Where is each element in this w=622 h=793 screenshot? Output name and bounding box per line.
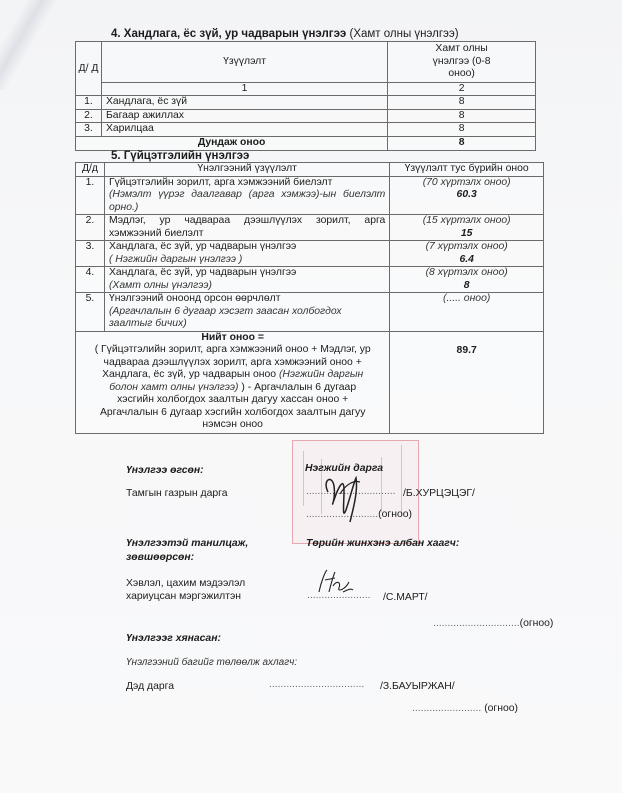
row-criteria: Хандлага, ёс зүй, ур чадварын үнэлгээ ( … bbox=[104, 241, 389, 267]
evaluator-heading: Үнэлгээ өгсөн: bbox=[126, 465, 204, 476]
row-note: (Хамт олны үнэлгээ) bbox=[109, 280, 385, 293]
header-score: Үзүүлэлт тус бүрийн оноо bbox=[390, 163, 544, 177]
row-score: (7 хүртэлх оноо) 6.4 bbox=[390, 241, 544, 267]
row-label: Үнэлгээний оноонд орсон өөрчлөлт bbox=[109, 293, 385, 306]
row-note: (Нэмэлт үүрэг даалгавар (арга хэмжээ)-ын… bbox=[109, 189, 385, 214]
row-note: ( Нэгжийн даргын үнэлгээ ) bbox=[109, 254, 385, 267]
table-row: 3. Харилцаа 8 bbox=[76, 123, 536, 137]
header-dd-label: Д/ Д bbox=[79, 63, 99, 74]
row-max: (70 хүртэлх оноо) bbox=[394, 177, 539, 190]
row-score: (70 хүртэлх оноо) 60.3 bbox=[390, 176, 544, 215]
row-label: Хандлага, ёс зүй, ур чадварын үнэлгээ bbox=[109, 241, 385, 254]
header-criteria: Үнэлгээний үзүүлэлт bbox=[104, 163, 389, 177]
section4-title-note: (Хамт олны үнэлгээ) bbox=[349, 28, 458, 40]
row-number: 3. bbox=[76, 123, 102, 137]
table-row: 1. Гүйцэтгэлийн зорилт, арга хэмжээний б… bbox=[76, 176, 544, 215]
reviewed-heading: Үнэлгээг хянасан: bbox=[126, 633, 221, 644]
row-value: 8 bbox=[388, 96, 536, 110]
row-max: (7 хүртэлх оноо) bbox=[394, 241, 539, 254]
row-number: 3. bbox=[76, 241, 105, 267]
acknowledged-role-heading: Төрийн жинхэнэ албан хаагч: bbox=[306, 538, 459, 549]
evaluator-date-label: (огноо) bbox=[378, 509, 412, 520]
row-value: 15 bbox=[394, 228, 539, 241]
row-value: 60.3 bbox=[394, 189, 539, 202]
table-row: 2. Мэдлэг, ур чадвараа дээшлүүлэх зорилт… bbox=[76, 215, 544, 241]
reviewed-date-dots: ........................ bbox=[412, 703, 481, 714]
acknowledged-date-dots: .............................. bbox=[433, 618, 520, 629]
row-label: Мэдлэг, ур чадвараа дээшлүүлэх зорилт, а… bbox=[109, 215, 385, 240]
header-dd: Д/ Д bbox=[76, 42, 102, 96]
section4-title-bold: 4. Хандлага, ёс зүй, ур чадварын үнэлгээ bbox=[111, 28, 346, 40]
row-max: (..... оноо) bbox=[394, 293, 539, 306]
row-score: (15 хүртэлх оноо) 15 bbox=[390, 215, 544, 241]
row-value: 8 bbox=[388, 109, 536, 123]
table-row: 2. Багаар ажиллах 8 bbox=[76, 109, 536, 123]
reviewed-subheading: Үнэлгээний багийг төлөөлж ахлагч: bbox=[126, 657, 297, 668]
reviewed-date-label: (огноо) bbox=[484, 703, 518, 714]
table-row: 4. Хандлага, ёс зүй, ур чадварын үнэлгээ… bbox=[76, 267, 544, 293]
section4-title: 4. Хандлага, ёс зүй, ур чадварын үнэлгээ… bbox=[111, 28, 459, 40]
evaluator-name: /Б.ХУРЦЭЦЭГ/ bbox=[403, 488, 475, 499]
row-label: Харилцаа bbox=[101, 123, 387, 137]
header-col1: 1 bbox=[101, 82, 387, 96]
acknowledged-signature-icon bbox=[315, 566, 355, 598]
acknowledged-heading-line2: зөвшөөрсөн: bbox=[126, 552, 194, 563]
row-criteria: Үнэлгээний оноонд орсон өөрчлөлт (Аргачл… bbox=[104, 293, 389, 332]
document-page: 4. Хандлага, ёс зүй, ур чадварын үнэлгээ… bbox=[0, 0, 622, 793]
total-value: 89.7 bbox=[390, 331, 544, 433]
row-max: (15 хүртэлх оноо) bbox=[394, 215, 539, 228]
total-formula: Нийт оноо = ( Гүйцэтгэлийн зорилт, арга … bbox=[76, 331, 390, 433]
acknowledged-date-label: (огноо) bbox=[520, 618, 554, 629]
header-col2: 2 bbox=[388, 82, 536, 96]
row-value: 8 bbox=[388, 123, 536, 137]
table-row: 3. Хандлага, ёс зүй, ур чадварын үнэлгээ… bbox=[76, 241, 544, 267]
acknowledged-heading-line1: Үнэлгээтэй танилцаж, bbox=[126, 538, 248, 549]
row-criteria: Мэдлэг, ур чадвараа дээшлүүлэх зорилт, а… bbox=[104, 215, 389, 241]
header-dd: Д/д bbox=[76, 163, 105, 177]
table-row: 5. Үнэлгээний оноонд орсон өөрчлөлт (Арг… bbox=[76, 293, 544, 332]
total-formula-text: ( Гүйцэтгэлийн зорилт, арга хэмжээний он… bbox=[90, 344, 375, 432]
row-number: 1. bbox=[76, 176, 105, 215]
average-label: Дундаж оноо bbox=[76, 136, 388, 150]
reviewed-name: /З.БАУЫРЖАН/ bbox=[380, 681, 455, 692]
row-value: 8 bbox=[394, 280, 539, 293]
row-value: 6.4 bbox=[394, 254, 539, 267]
row-label: Багаар ажиллах bbox=[101, 109, 387, 123]
header-score: Хамт олны үнэлгээ (0-8 оноо) bbox=[388, 42, 536, 83]
row-max: (8 хүртэлх оноо) bbox=[394, 267, 539, 280]
total-title: Нийт оноо = bbox=[90, 332, 375, 345]
row-number: 2. bbox=[76, 109, 102, 123]
acknowledged-date-line: ..............................(огноо) bbox=[433, 618, 553, 629]
row-label: Гүйцэтгэлийн зорилт, арга хэмжээний биел… bbox=[109, 177, 385, 190]
total-row: Нийт оноо = ( Гүйцэтгэлийн зорилт, арга … bbox=[76, 331, 544, 433]
evaluator-position: Тамгын газрын дарга bbox=[126, 488, 228, 499]
acknowledged-position-line2: хариуцсан мэргэжилтэн bbox=[126, 591, 241, 602]
table-row: 1. Хандлага, ёс зүй 8 bbox=[76, 96, 536, 110]
row-score: (8 хүртэлх оноо) 8 bbox=[390, 267, 544, 293]
reviewed-position: Дэд дарга bbox=[126, 681, 174, 692]
evaluator-signature-icon bbox=[320, 470, 380, 530]
row-number: 4. bbox=[76, 267, 105, 293]
average-value: 8 bbox=[388, 136, 536, 150]
acknowledged-position-line1: Хэвлэл, цахим мэдээлэл bbox=[126, 578, 245, 589]
row-label: Хандлага, ёс зүй bbox=[101, 96, 387, 110]
page-fold-shadow bbox=[0, 0, 70, 90]
section4-table: Д/ Д Үзүүлэлт Хамт олны үнэлгээ (0-8 оно… bbox=[75, 41, 536, 151]
row-note: (Аргачлалын 6 дугаар хэсэгт заасан холбо… bbox=[109, 306, 385, 331]
reviewed-date-line: ........................ (огноо) bbox=[412, 703, 518, 714]
row-score: (..... оноо) bbox=[390, 293, 544, 332]
row-number: 2. bbox=[76, 215, 105, 241]
header-criteria: Үзүүлэлт bbox=[101, 42, 387, 83]
reviewed-signature-line: ................................. bbox=[269, 679, 364, 690]
row-criteria: Гүйцэтгэлийн зорилт, арга хэмжээний биел… bbox=[104, 176, 389, 215]
row-criteria: Хандлага, ёс зүй, ур чадварын үнэлгээ (Х… bbox=[104, 267, 389, 293]
average-row: Дундаж оноо 8 bbox=[76, 136, 536, 150]
row-number: 5. bbox=[76, 293, 105, 332]
section5-table: Д/д Үнэлгээний үзүүлэлт Үзүүлэлт тус бүр… bbox=[75, 162, 544, 434]
acknowledged-name: /С.МАРТ/ bbox=[383, 592, 428, 603]
section5-title: 5. Гүйцэтгэлийн үнэлгээ bbox=[111, 150, 249, 162]
row-label: Хандлага, ёс зүй, ур чадварын үнэлгээ bbox=[109, 267, 385, 280]
row-number: 1. bbox=[76, 96, 102, 110]
